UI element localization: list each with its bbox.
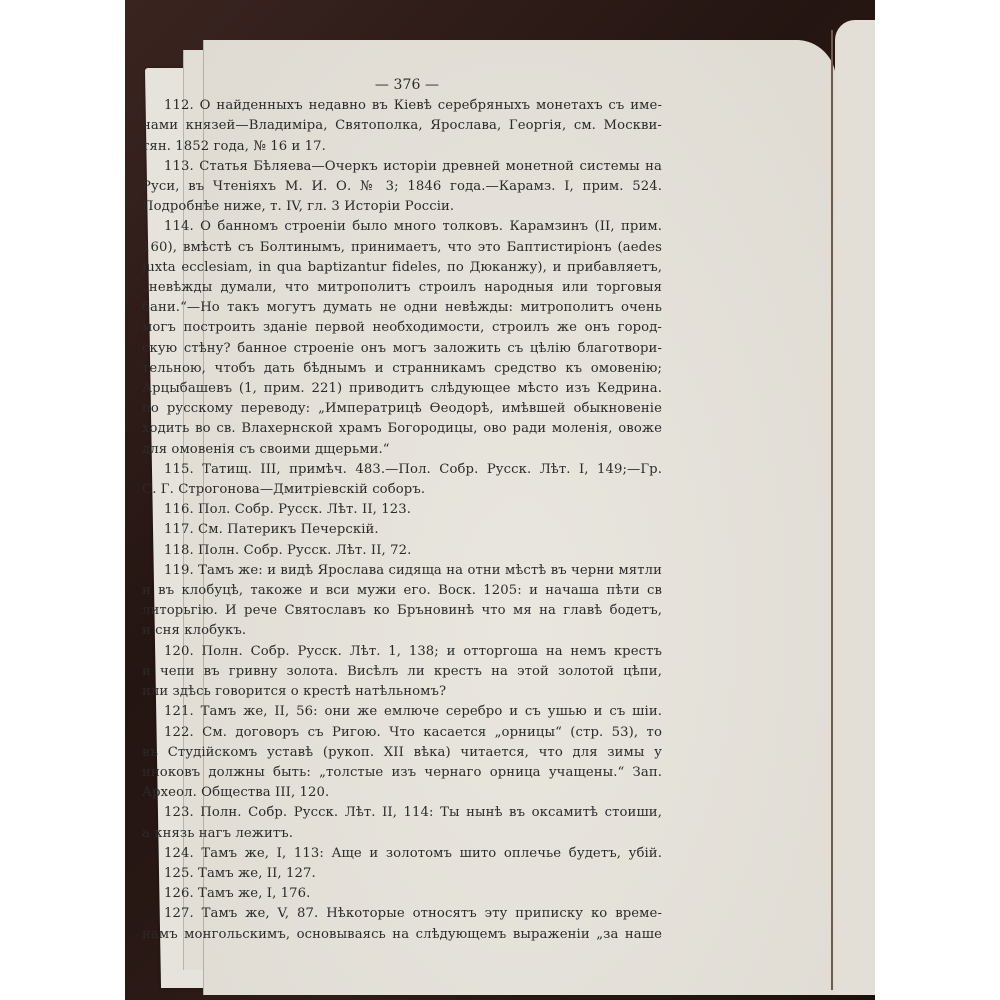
footnote-127: 127. Тамъ же, V, 87. Нѣкоторые относятъ … <box>142 904 662 944</box>
footnote-line: 125. Тамъ же, II, 127. <box>142 864 662 884</box>
footnote-line: 113. Статья Бѣляева—Очеркъ исторіи древн… <box>142 157 662 177</box>
footnote-line: 160), вмѣстѣ съ Болтинымъ, принимаетъ, ч… <box>142 238 662 258</box>
footnote-line: 118. Полн. Собр. Русск. Лѣт. II, 72. <box>142 541 662 561</box>
footnote-line: 120. Полн. Собр. Русск. Лѣт. 1, 138; и о… <box>142 642 662 662</box>
footnote-line: скую стѣну? банное строеніе онъ могъ зал… <box>142 339 662 359</box>
footnote-line: тян. 1852 года, № 16 и 17. <box>142 137 662 157</box>
footnote-115: 115. Татищ. III, примѣч. 483.—Пол. Собр.… <box>142 460 662 500</box>
footnote-line: Арцыбашевъ (1, прим. 221) приводитъ слѣд… <box>142 379 662 399</box>
page-text: — 376 — 112. О найденныхъ недавно въ Кіе… <box>142 75 662 945</box>
footnote-line: Археол. Общества III, 120. <box>142 783 662 803</box>
footnote-line: иноковъ должны быть: „толстые изъ чернаг… <box>142 763 662 783</box>
footnote-123: 123. Полн. Собр. Русск. Лѣт. II, 114: Ты… <box>142 803 662 843</box>
footnote-line: могъ построить зданіе первой необходимос… <box>142 318 662 338</box>
footnote-line: 112. О найденныхъ недавно въ Кіевѣ сереб… <box>142 96 662 116</box>
footnote-line: 121. Тамъ же, II, 56: они же емлюче сере… <box>142 702 662 722</box>
footnote-117: 117. См. Патерикъ Печерскій. <box>142 520 662 540</box>
footnote-118: 118. Полн. Собр. Русск. Лѣт. II, 72. <box>142 541 662 561</box>
footnote-line: 127. Тамъ же, V, 87. Нѣкоторые относятъ … <box>142 904 662 924</box>
footnote-line: 126. Тамъ же, I, 176. <box>142 884 662 904</box>
footnote-line: и сня клобукъ. <box>142 621 662 641</box>
footnote-line: и чепи въ гривну золота. Висѣлъ ли крест… <box>142 662 662 682</box>
footnote-line: 124. Тамъ же, I, 113: Аще и золотомъ шит… <box>142 844 662 864</box>
footnote-112: 112. О найденныхъ недавно въ Кіевѣ сереб… <box>142 96 662 157</box>
footnote-120: 120. Полн. Собр. Русск. Лѣт. 1, 138; и о… <box>142 642 662 703</box>
footnote-121: 121. Тамъ же, II, 56: они же емлюче сере… <box>142 702 662 722</box>
footnote-122: 122. См. договоръ съ Ригою. Что касается… <box>142 723 662 804</box>
footnote-line: по русскому переводу: „Императрицѣ Ѳеодо… <box>142 399 662 419</box>
footnote-line: „невѣжды думали, что митрополитъ строилъ… <box>142 278 662 298</box>
footnote-line: намъ монгольскимъ, основываясь на слѣдую… <box>142 925 662 945</box>
footnote-line: Руси, въ Чтеніяхъ М. И. О. № 3; 1846 год… <box>142 177 662 197</box>
footnote-line: и въ клобуцѣ, такоже и вси мужи его. Вос… <box>142 581 662 601</box>
footnote-line: для омовенія съ своими дщерьми.“ <box>142 440 662 460</box>
footnote-line: тельною, чтобъ дать бѣднымъ и странникам… <box>142 359 662 379</box>
footnote-line: 116. Пол. Собр. Русск. Лѣт. II, 123. <box>142 500 662 520</box>
footnote-line: juxta ecclesiam, in qua baptizantur fide… <box>142 258 662 278</box>
footnote-125: 125. Тамъ же, II, 127. <box>142 864 662 884</box>
footnote-line: 122. См. договоръ съ Ригою. Что касается… <box>142 723 662 743</box>
footnote-124: 124. Тамъ же, I, 113: Аще и золотомъ шит… <box>142 844 662 864</box>
footnote-line: нами князей—Владиміра, Святополка, Яросл… <box>142 116 662 136</box>
footnote-line: 117. См. Патерикъ Печерскій. <box>142 520 662 540</box>
footnote-line: или здѣсь говорится о крестѣ натѣльномъ? <box>142 682 662 702</box>
footnote-114: 114. О банномъ строеніи было много толко… <box>142 217 662 459</box>
footnote-119: 119. Тамъ же: и видѣ Ярослава сидяща на … <box>142 561 662 642</box>
footnote-line: 115. Татищ. III, примѣч. 483.—Пол. Собр.… <box>142 460 662 480</box>
footnote-113: 113. Статья Бѣляева—Очеркъ исторіи древн… <box>142 157 662 218</box>
footnote-line: Подробнѣе ниже, т. IV, гл. 3 Исторіи Рос… <box>142 197 662 217</box>
footnote-line: въ Студійскомъ уставѣ (рукоп. XII вѣка) … <box>142 743 662 763</box>
footnote-line: бани.“—Но такъ могутъ думать не одни нев… <box>142 298 662 318</box>
footnote-line: С. Г. Строгонова—Дмитріевскій соборъ. <box>142 480 662 500</box>
footnote-116: 116. Пол. Собр. Русск. Лѣт. II, 123. <box>142 500 662 520</box>
footnote-line: а князь нагъ лежитъ. <box>142 824 662 844</box>
footnote-line: 119. Тамъ же: и видѣ Ярослава сидяща на … <box>142 561 662 581</box>
footnote-line: 123. Полн. Собр. Русск. Лѣт. II, 114: Ты… <box>142 803 662 823</box>
footnote-line: литорьгію. И рече Святославъ ко Бръновин… <box>142 601 662 621</box>
footnote-line: ходить во св. Влахернской храмъ Богороди… <box>142 419 662 439</box>
book-gutter <box>831 30 833 990</box>
page-number: — 376 — <box>152 75 662 95</box>
footnote-126: 126. Тамъ же, I, 176. <box>142 884 662 904</box>
facing-page-edge <box>835 20 875 995</box>
footnote-line: 114. О банномъ строеніи было много толко… <box>142 217 662 237</box>
